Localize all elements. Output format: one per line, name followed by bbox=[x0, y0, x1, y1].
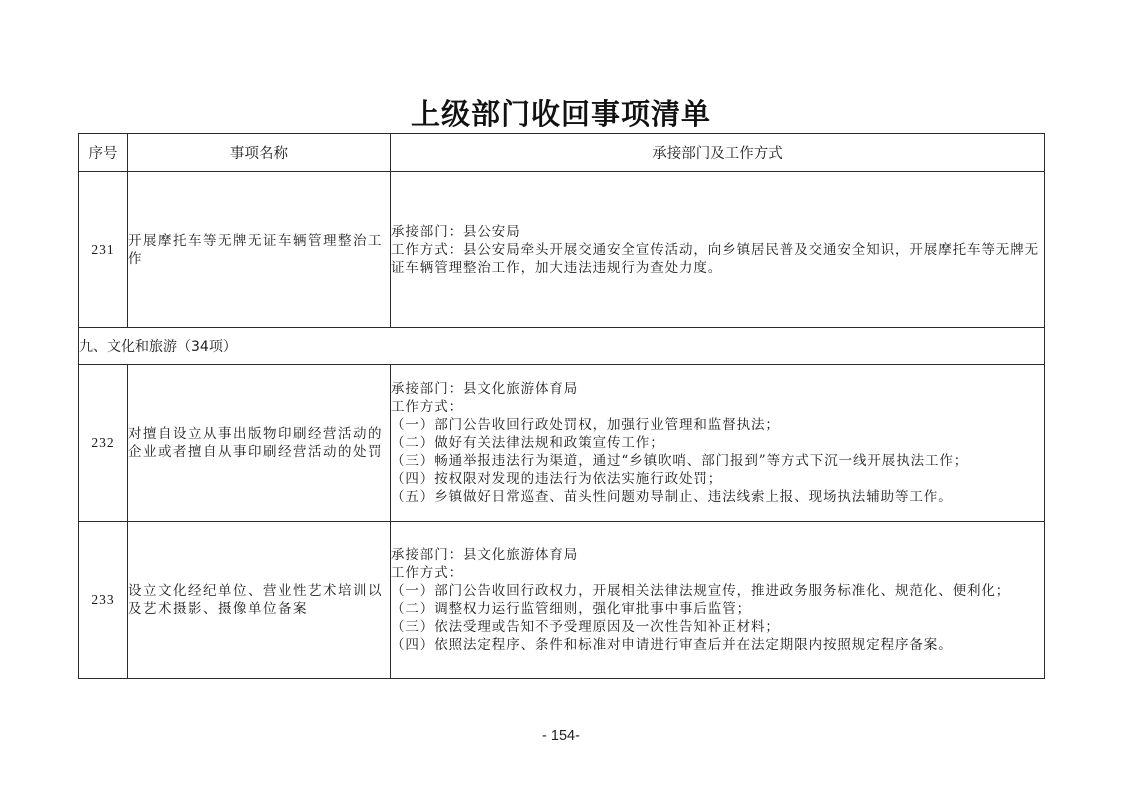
method-line: 工作方式： bbox=[391, 564, 1044, 582]
method-step: （三）依法受理或告知不予受理原因及一次性告知补正材料； bbox=[391, 618, 1044, 636]
row-number: 231 bbox=[79, 172, 128, 328]
method-line: 工作方式： bbox=[391, 398, 1044, 416]
table-row: 231 开展摩托车等无牌无证车辆管理整治工作 承接部门：县公安局 工作方式：县公… bbox=[79, 172, 1045, 328]
item-name: 开展摩托车等无牌无证车辆管理整治工作 bbox=[128, 172, 391, 328]
table-header-row: 序号 事项名称 承接部门及工作方式 bbox=[79, 134, 1045, 172]
items-table: 序号 事项名称 承接部门及工作方式 231 开展摩托车等无牌无证车辆管理整治工作… bbox=[78, 133, 1045, 679]
method-step: （五）乡镇做好日常巡查、苗头性问题劝导制止、违法线索上报、现场执法辅助等工作。 bbox=[391, 488, 1044, 506]
method-step: （二）调整权力运行监管细则，强化审批事中事后监管； bbox=[391, 600, 1044, 618]
method-step: （一）部门公告收回行政处罚权，加强行业管理和监督执法； bbox=[391, 416, 1044, 434]
table-row: 233 设立文化经纪单位、营业性艺术培训以及艺术摄影、摄像单位备案 承接部门：县… bbox=[79, 522, 1045, 679]
page-number: - 154- bbox=[0, 728, 1122, 744]
item-description: 承接部门：县公安局 工作方式：县公安局牵头开展交通安全宣传活动，向乡镇居民普及交… bbox=[391, 172, 1045, 328]
department-line: 承接部门：县文化旅游体育局 bbox=[391, 546, 1044, 564]
row-number: 232 bbox=[79, 365, 128, 522]
header-item-name: 事项名称 bbox=[128, 134, 391, 172]
method-step: （四）依照法定程序、条件和标准对申请进行审查后并在法定期限内按照规定程序备案。 bbox=[391, 636, 1044, 654]
department-line: 承接部门：县公安局 bbox=[391, 223, 1044, 241]
department-line: 承接部门：县文化旅游体育局 bbox=[391, 380, 1044, 398]
method-line: 工作方式：县公安局牵头开展交通安全宣传活动，向乡镇居民普及交通安全知识，开展摩托… bbox=[391, 241, 1044, 277]
method-step: （三）畅通举报违法行为渠道，通过“乡镇吹哨、部门报到”等方式下沉一线开展执法工作… bbox=[391, 452, 1044, 470]
page-title: 上级部门收回事项清单 bbox=[0, 92, 1122, 133]
table-row: 232 对擅自设立从事出版物印刷经营活动的企业或者擅自从事印刷经营活动的处罚 承… bbox=[79, 365, 1045, 522]
header-serial: 序号 bbox=[79, 134, 128, 172]
section-row: 九、文化和旅游（34项） bbox=[79, 328, 1045, 365]
item-name: 对擅自设立从事出版物印刷经营活动的企业或者擅自从事印刷经营活动的处罚 bbox=[128, 365, 391, 522]
section-heading: 九、文化和旅游（34项） bbox=[79, 328, 1045, 365]
row-number: 233 bbox=[79, 522, 128, 679]
item-name: 设立文化经纪单位、营业性艺术培训以及艺术摄影、摄像单位备案 bbox=[128, 522, 391, 679]
method-step: （一）部门公告收回行政权力，开展相关法律法规宣传，推进政务服务标准化、规范化、便… bbox=[391, 582, 1044, 600]
method-step: （四）按权限对发现的违法行为依法实施行政处罚； bbox=[391, 470, 1044, 488]
item-description: 承接部门：县文化旅游体育局 工作方式： （一）部门公告收回行政权力，开展相关法律… bbox=[391, 522, 1045, 679]
header-department-method: 承接部门及工作方式 bbox=[391, 134, 1045, 172]
item-description: 承接部门：县文化旅游体育局 工作方式： （一）部门公告收回行政处罚权，加强行业管… bbox=[391, 365, 1045, 522]
method-step: （二）做好有关法律法规和政策宣传工作； bbox=[391, 434, 1044, 452]
